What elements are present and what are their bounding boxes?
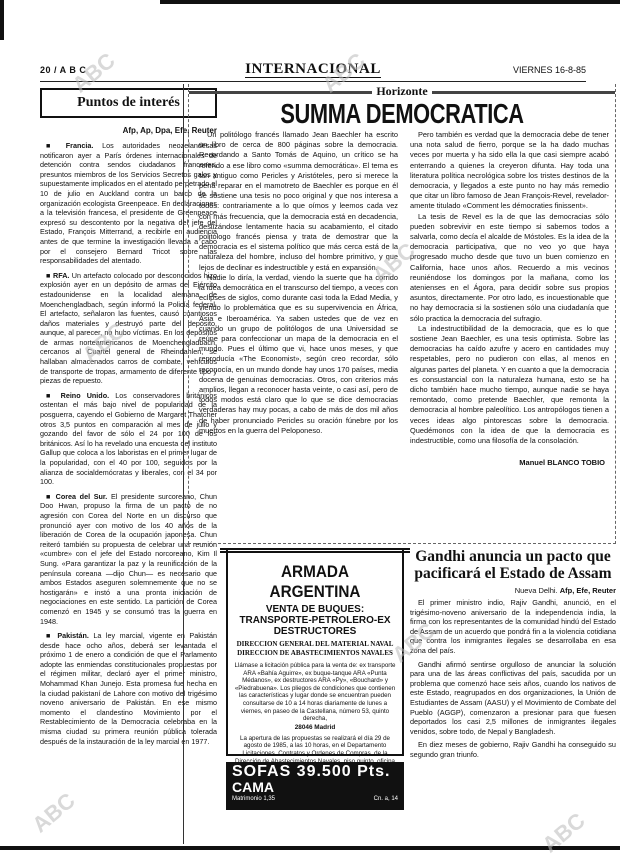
horizonte-label: Horizonte (189, 84, 615, 99)
paragraph: Nadie lo diría, la verdad, viendo la sue… (199, 273, 398, 436)
paragraph: La tesis de Revel es la de que las democ… (410, 212, 609, 324)
sofas-headline: SOFAS 39.500 Pts. (232, 764, 398, 780)
article-headline: SUMMA DEMOCRATICA (236, 98, 568, 130)
issue-date: VIERNES 16-8-85 (513, 65, 586, 75)
sofas-location: Cn. a, 14 (374, 796, 398, 802)
sofas-cama-ad: SOFAS 39.500 Pts. CAMA Matrimonio 1,35 C… (226, 762, 404, 810)
armada-argentina-ad: ARMADA ARGENTINA VENTA DE BUQUES: TRANSP… (226, 548, 404, 756)
paragraph: La indestructibilidad de la democracia, … (410, 324, 609, 446)
paragraph: Pero también es verdad que la democracia… (410, 130, 609, 212)
gandhi-article: Gandhi anuncia un pacto que pacificará e… (410, 548, 616, 764)
article-body: Un politólogo francés llamado Jean Baech… (199, 130, 609, 467)
ad-dept-1: DIRECCION GENERAL DEL MATERIAL NAVAL (234, 640, 396, 649)
paragraph: Un politólogo francés llamado Jean Baech… (199, 130, 398, 273)
gandhi-headline: Gandhi anuncia un pacto que pacificará e… (410, 548, 616, 582)
ad-body-1: Llámase a licitación pública para la ven… (234, 662, 396, 723)
column-divider (183, 84, 184, 844)
ad-body-bold: 28046 Madrid (234, 724, 396, 731)
ad-subtitle: VENTA DE BUQUES: TRANSPORTE-PETROLERO-EX… (234, 604, 396, 637)
article-column-1: Un politólogo francés llamado Jean Baech… (199, 130, 398, 467)
scan-edge (0, 0, 4, 40)
ad-dept-2: DIRECCION DE ABASTECIMIENTOS NAVALES (234, 649, 396, 658)
horizonte-article: Horizonte SUMMA DEMOCRATICA Un politólog… (188, 84, 616, 544)
article-column-2: Pero también es verdad que la democracia… (410, 130, 609, 467)
sofas-details: Matrimonio 1,35 Cn. a, 14 (232, 796, 398, 802)
section-title: INTERNACIONAL (40, 61, 586, 78)
paragraph: En diez meses de gobierno, Rajiv Gandhi … (410, 740, 616, 759)
page-header: 20 / A B C INTERNACIONAL VIERNES 16-8-85 (40, 60, 586, 82)
sofas-size: Matrimonio 1,35 (232, 796, 275, 802)
bottom-border (0, 846, 620, 850)
author-signature: Manuel BLANCO TOBIO (410, 458, 609, 467)
sofas-subhead: CAMA (232, 780, 398, 794)
ad-title: ARMADA ARGENTINA (242, 562, 388, 602)
paragraph: Gandhi afirmó sentirse orgulloso de anun… (410, 660, 616, 737)
paragraph: El primer ministro indio, Rajiv Gandhi, … (410, 598, 616, 656)
top-border (160, 0, 620, 4)
abc-watermark: ABC (27, 788, 80, 839)
brief-pakistan: ■ Pakistán. La ley marcial, vigente en P… (40, 631, 217, 746)
gandhi-dateline: Nueva Delhi. Afp, Efe, Reuter (410, 586, 616, 595)
